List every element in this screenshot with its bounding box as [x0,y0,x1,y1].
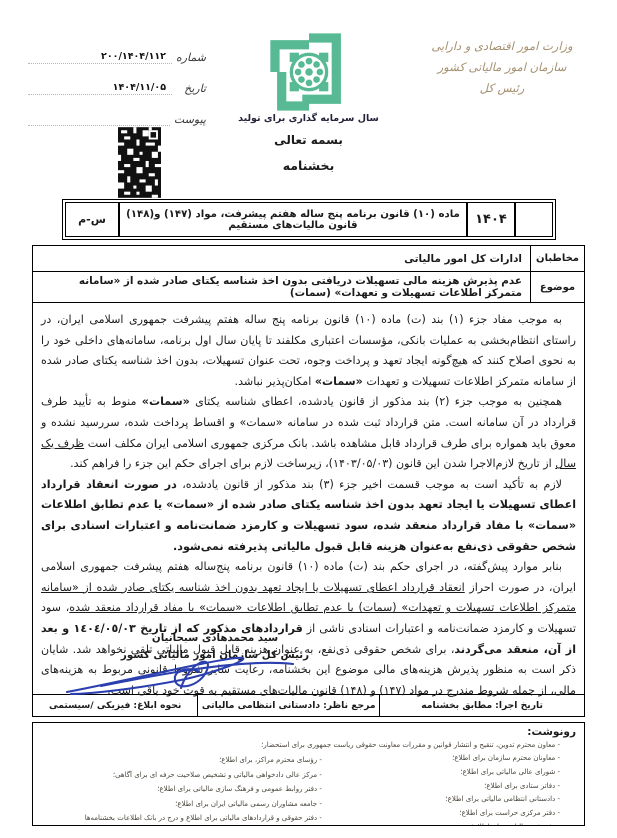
cc-item: معاونان محترم سازمان برای اطلاع؛ [330,752,560,766]
cc-item: دفتر فنی مالیاتی برای اطلاع؛ [330,821,560,826]
main-frame: مخاطبان ادارات کل امور مالیاتی موضوع عدم… [32,245,585,717]
cc-item: دفتر مرکزی حراست برای اطلاع؛ [330,807,560,821]
p3-text: لازم به تأکید است به موجب قسمت اخیر جزء … [177,478,562,491]
classification-bar: ۱۴۰۴ ماده (۱۰) قانون برنامه پنج ساله هفت… [62,199,556,240]
p2-bold-samat: «سمات» [142,395,190,408]
classification-year: ۱۴۰۴ [468,203,516,236]
execution-date-value: مطابق بخشنامه [421,700,492,711]
recipients-row: مخاطبان ادارات کل امور مالیاتی [33,246,584,272]
subject-value: عدم پذیرش هزینه مالی تسهیلات دریافتی بدو… [33,272,530,302]
supervising-authority-value: دادستانی انتظامی مالیاتی [202,700,320,711]
cc-item: جامعه مشاوران رسمی مالیاتی ایران برای اط… [41,797,322,812]
signer-title: رئیس کل سازمان امور مالیاتی کشور [115,647,315,664]
tax-organization-logo-icon [267,30,351,114]
signature-block: سید محمدهادی سبحانیان رئیس کل سازمان امو… [115,630,315,664]
classification-code: س-م [66,203,120,236]
cc-column-left: رؤسای محترم مراکز، برای اطلاع؛ مرکز عالی… [41,752,330,826]
paragraph-3: لازم به تأکید است به موجب قسمت اخیر جزء … [41,475,576,557]
cc-item: دفتر روابط عمومی و فرهنگ سازی مالیاتی بر… [41,782,322,797]
date-value: ۱۴۰۴/۱۱/۰۵ [113,82,166,93]
number-row: شماره ۲۰۰/۱۴۰۴/۱۱۲ [28,40,206,64]
subject-label: موضوع [530,272,584,302]
notification-method-value: فیزیکی /سیستمی [49,700,130,711]
body-text-area: به موجب مفاد جزء (۱) بند (ت) ماده (۱۰) ق… [33,303,584,695]
p1-text-end: امکان‌پذیر نباشد. [235,375,315,388]
ministry-line-3: رئیس کل [413,78,591,99]
p2-text-end: از تاریخ لازم‌الاجرا شدن این قانون (۱۴۰۳… [70,457,555,470]
execution-date-label: تاریخ اجرا: [495,700,543,711]
paragraph-1: به موجب مفاد جزء (۱) بند (ت) ماده (۱۰) ق… [41,310,576,392]
document-type-title: بخشنامه [0,158,617,173]
recipients-label: مخاطبان [530,246,584,271]
date-row: تاریخ ۱۴۰۴/۱۱/۰۵ [28,71,206,95]
classification-reference: ماده (۱۰) قانون برنامه پنج ساله هفتم پیش… [120,203,468,236]
cc-item: دفتر حقوقی و قراردادهای مالیاتی برای اطل… [41,811,322,826]
title-block: سال سرمایه گذاری برای تولید بسمه تعالی ب… [0,113,617,173]
circular-document-page: وزارت امور اقتصادی و دارایی سازمان امور … [0,0,617,838]
cc-column-right: معاونان محترم سازمان برای اطلاع؛ شورای ع… [330,752,576,826]
p2-text: همچنین به موجب جزء (۲) بند مذکور از قانو… [190,395,562,408]
cc-title: رونوشت: [41,726,576,738]
cc-item-wide: معاون محترم تدوین، تنقیح و انتشار قوانین… [41,739,576,752]
date-leader-line: ۱۴۰۴/۱۱/۰۵ [28,79,172,95]
p1-bold-samat: «سمات» [315,375,363,388]
signer-name: سید محمدهادی سبحانیان [115,630,315,647]
supervising-authority-label: مرجع ناظر: [323,700,375,711]
cc-distribution-box: رونوشت: معاون محترم تدوین، تنقیح و انتشا… [32,722,585,826]
cc-item: رؤسای محترم مراکز، برای اطلاع؛ [41,753,322,768]
qr-code [118,127,161,198]
cc-item: دفاتر ستادی برای اطلاع؛ [330,780,560,794]
recipients-value: ادارات کل امور مالیاتی [33,246,530,271]
paragraph-2: همچنین به موجب جزء (۲) بند مذکور از قانو… [41,392,576,474]
notification-method-label: نحوه ابلاغ: [133,700,181,711]
ministry-line-1: وزارت امور اقتصادی و دارایی [413,36,591,57]
classification-empty-cell [516,203,552,236]
cc-item: شورای عالی مالیاتی برای اطلاع؛ [330,766,560,780]
number-label: شماره [172,51,206,64]
date-label: تاریخ [172,82,206,95]
subject-row: موضوع عدم پذیرش هزینه مالی تسهیلات دریاف… [33,272,584,303]
year-slogan: سال سرمایه گذاری برای تولید [0,113,617,124]
ministry-line-2: سازمان امور مالیاتی کشور [413,57,591,78]
cc-item: دادستانی انتظامی مالیاتی برای اطلاع؛ [330,793,560,807]
cc-item: مرکز عالی دادخواهی مالیاتی و تشخیص صلاحی… [41,768,322,783]
number-leader-line: ۲۰۰/۱۴۰۴/۱۱۲ [28,48,172,64]
number-value: ۲۰۰/۱۴۰۴/۱۱۲ [101,51,166,62]
ministry-header: وزارت امور اقتصادی و دارایی سازمان امور … [413,36,591,99]
cc-columns: معاونان محترم سازمان برای اطلاع؛ شورای ع… [41,752,576,826]
bismillah-text: بسمه تعالی [0,133,617,147]
